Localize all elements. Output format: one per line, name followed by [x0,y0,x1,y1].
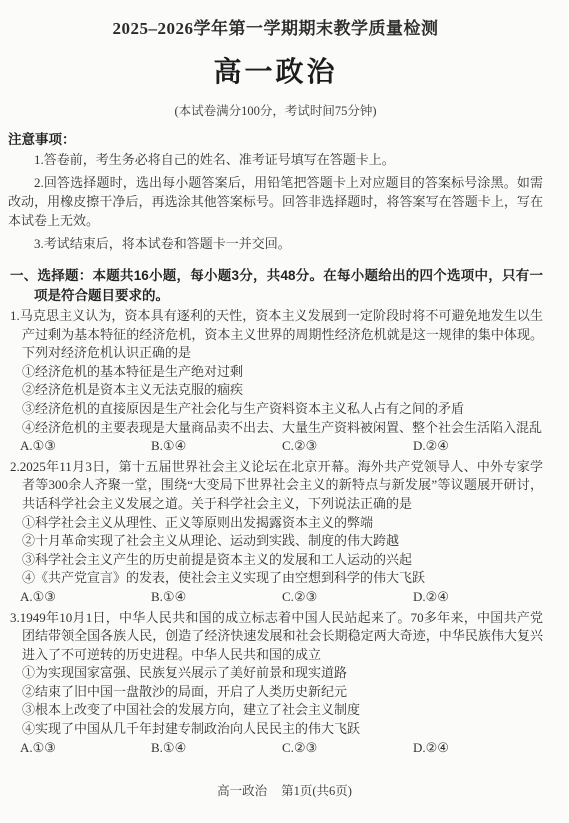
notice-item-3: 3.考试结束后，将本试卷和答题卡一并交回。 [8,234,543,253]
notice-item-2: 2.回答选择题时，选出每小题答案后，用铅笔把答题卡上对应题目的答案标号涂黑。如需… [8,173,543,230]
question-statement: ③科学社会主义产生的历史前提是资本主义的发展和工人运动的兴起 [8,551,543,570]
question-stem: 2.2025年11月3日，第十五届世界社会主义论坛在北京开幕。海外共产党领导人、… [8,458,543,514]
choice-b: B.①④ [151,739,282,758]
exam-page: 2025–2026学年第一学期期末教学质量检测 高一政治 (本试卷满分100分，… [0,0,569,823]
question-statement: ④经济危机的主要表现是大量商品卖不出去、大量生产资料被闲置、整个社会生活陷入混乱 [8,419,543,438]
choice-c: C.②③ [282,437,413,456]
question-statement: ④《共产党宣言》的发表，使社会主义实现了由空想到科学的伟大飞跃 [8,569,543,588]
choice-d: D.②④ [413,588,449,607]
notice-item-1: 1.答卷前，考生务必将自己的姓名、准考证号填写在答题卡上。 [8,150,543,169]
choices-row: A.①③ B.①④ C.②③ D.②④ [8,437,543,456]
footer-page-number: 第1页(共6页) [281,784,352,798]
choice-b: B.①④ [151,437,282,456]
notice-heading: 注意事项： [8,130,543,149]
choice-a: A.①③ [20,588,151,607]
question-statement: ①经济危机的基本特征是生产绝对过剩 [8,363,543,382]
question-stem-text: 马克思主义认为，资本具有逐利的天性，资本主义发展到一定阶段时将不可避免地发生以生… [20,308,543,360]
footer-subject: 高一政治 [217,784,267,798]
section-heading: 一、选择题：本题共16小题，每小题3分，共48分。在每小题给出的四个选项中，只有… [8,266,543,305]
question-statement: ②经济危机是资本主义无法克服的痼疾 [8,381,543,400]
exam-session-title: 2025–2026学年第一学期期末教学质量检测 [8,18,543,40]
page-footer: 高一政治第1页(共6页) [0,782,569,801]
choice-c: C.②③ [282,588,413,607]
question-block-2: 2.2025年11月3日，第十五届世界社会主义论坛在北京开幕。海外共产党领导人、… [8,458,543,607]
question-block-3: 3.1949年10月1日，中华人民共和国的成立标志着中国人民站起来了。70多年来… [8,609,543,758]
exam-subtitle: (本试卷满分100分，考试时间75分钟) [8,103,543,120]
question-statement: ①为实现国家富强、民族复兴展示了美好前景和现实道路 [8,664,543,683]
question-number: 2. [10,459,20,474]
choices-row: A.①③ B.①④ C.②③ D.②④ [8,739,543,758]
question-stem-text: 1949年10月1日，中华人民共和国的成立标志着中国人民站起来了。70多年来，中… [20,610,543,662]
choice-a: A.①③ [20,739,151,758]
choice-d: D.②④ [413,437,449,456]
question-statement: ③根本上改变了中国社会的发展方向，建立了社会主义制度 [8,701,543,720]
question-number: 1. [10,308,20,323]
exam-title: 高一政治 [8,56,543,90]
question-statement: ③经济危机的直接原因是生产社会化与生产资料资本主义私人占有之间的矛盾 [8,400,543,419]
question-block-1: 1.马克思主义认为，资本具有逐利的天性，资本主义发展到一定阶段时将不可避免地发生… [8,307,543,456]
choice-d: D.②④ [413,739,449,758]
choice-c: C.②③ [282,739,413,758]
question-stem: 1.马克思主义认为，资本具有逐利的天性，资本主义发展到一定阶段时将不可避免地发生… [8,307,543,363]
choices-row: A.①③ B.①④ C.②③ D.②④ [8,588,543,607]
question-statement: ②十月革命实现了社会主义从理论、运动到实践、制度的伟大跨越 [8,532,543,551]
choice-a: A.①③ [20,437,151,456]
question-statement: ②结束了旧中国一盘散沙的局面，开启了人类历史新纪元 [8,683,543,702]
question-number: 3. [10,610,20,625]
question-statement: ①科学社会主义从理性、正义等原则出发揭露资本主义的弊端 [8,514,543,533]
question-stem: 3.1949年10月1日，中华人民共和国的成立标志着中国人民站起来了。70多年来… [8,609,543,665]
question-statement: ④实现了中国从几千年封建专制政治向人民民主的伟大飞跃 [8,720,543,739]
choice-b: B.①④ [151,588,282,607]
question-stem-text: 2025年11月3日，第十五届世界社会主义论坛在北京开幕。海外共产党领导人、中外… [20,459,543,511]
